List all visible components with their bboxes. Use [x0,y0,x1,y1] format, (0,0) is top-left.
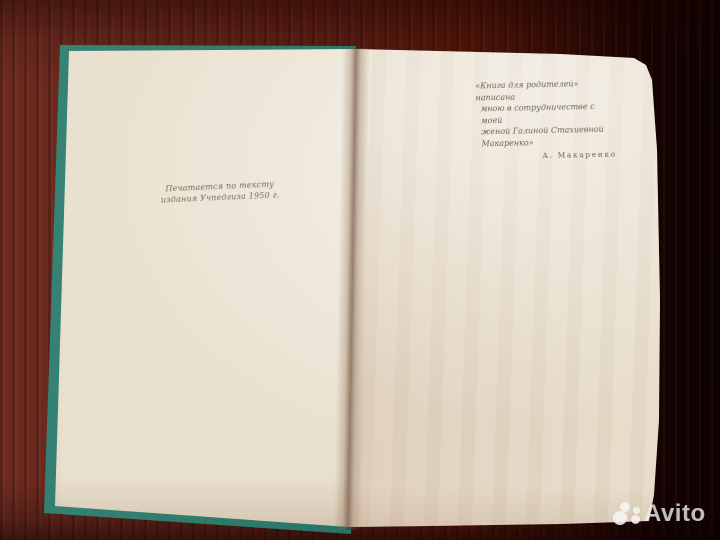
photo-open-book: Печатается по тексту издания Учпедгиза 1… [0,0,720,540]
avito-logo-dot [631,515,640,524]
epigraph-text: «Книга для родителей» написана мною в со… [475,78,619,163]
avito-watermark: Avito [608,499,706,529]
avito-logo-dot [613,511,627,525]
epigraph-line: «Книга для родителей» написана [475,78,617,104]
avito-logo-dot [633,507,640,514]
avito-logo-icon [608,499,644,529]
epigraph-line: мною в сотрудничестве с моей [476,101,618,127]
watermark-label: Avito [644,500,706,528]
avito-logo-dot [620,502,630,512]
epigraph-line: Макаренко» [476,135,618,149]
